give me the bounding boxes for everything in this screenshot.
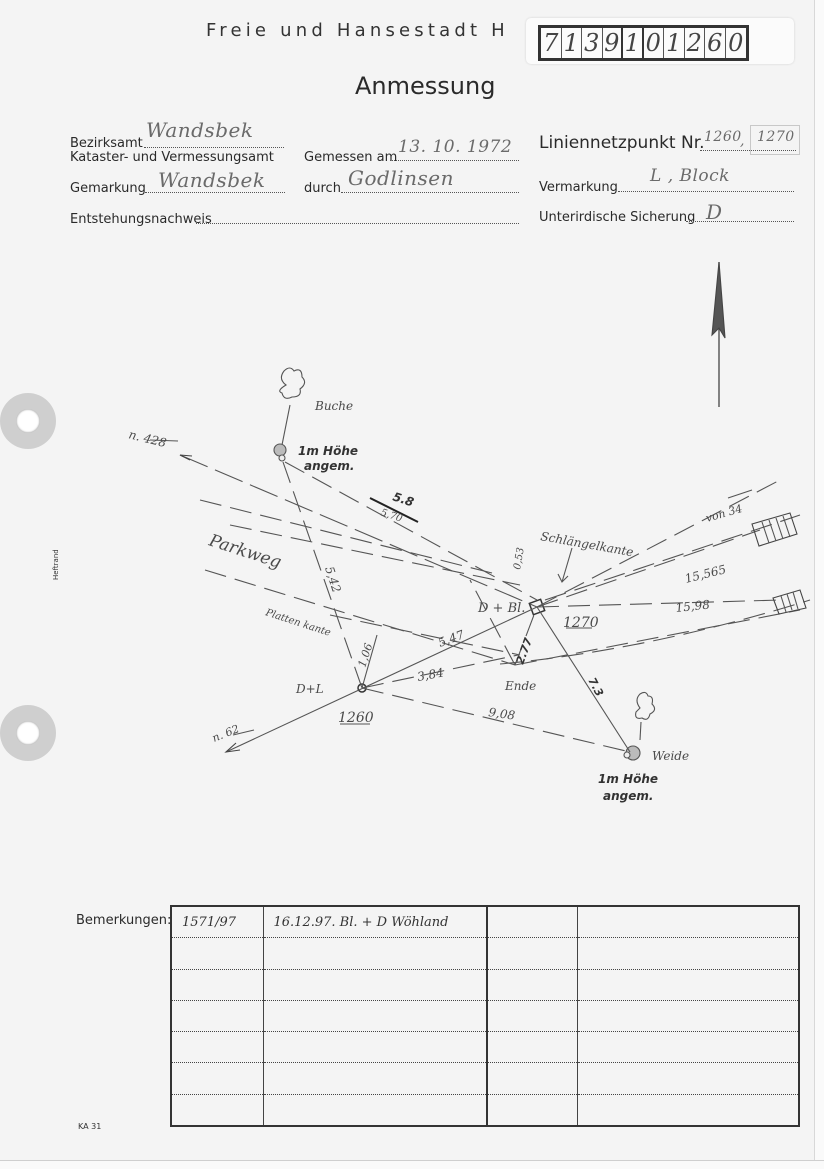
label-point-1270-marker: D + Bl. [477, 601, 525, 616]
doc-digit: 1 [664, 28, 685, 58]
gemarkung-line [145, 192, 285, 193]
remarks-row [171, 938, 799, 969]
staircase-lower-icon [773, 590, 806, 614]
durch-line [341, 192, 519, 193]
remarks-cell [487, 906, 577, 938]
label-dist-5-8: 5.8 [391, 490, 416, 510]
gemessen-am-line [390, 160, 519, 161]
remarks-cell [577, 1032, 799, 1063]
vermarkung-value: L , Block [650, 166, 730, 186]
remarks-cell [577, 906, 799, 938]
label-point-1260-marker: D+L [295, 682, 324, 696]
doc-digit: 0 [726, 28, 747, 58]
remarks-row [171, 1000, 799, 1031]
label-dist-5-70-struck: 5,70 [379, 507, 404, 525]
unterirdische-sicherung-label: Unterirdische Sicherung [539, 210, 695, 225]
survey-sketch: Buche 1m Höhe angem. n. 428 5.8 5,70 Par… [0, 240, 824, 840]
vermarkung-label: Vermarkung [539, 180, 618, 195]
label-ref-n428: n. 428 [127, 427, 168, 450]
doc-digit: 2 [685, 28, 706, 58]
remarks-label: Bemerkungen: [76, 913, 171, 928]
page-title: Anmessung [355, 72, 495, 100]
doc-digit: 0 [644, 28, 665, 58]
durch-label: durch [304, 181, 341, 196]
doc-digit: 9 [603, 28, 624, 58]
remarks-cell [171, 1032, 263, 1063]
remarks-cell: 16.12.97. Bl. + D Wöhland [263, 906, 487, 938]
remarks-cell [263, 1032, 487, 1063]
remarks-cell [577, 1000, 799, 1031]
doc-digit: 7 [541, 28, 562, 58]
remarks-cell [487, 1094, 577, 1126]
entstehungsnachweis-label: Entstehungsnachweis [70, 212, 212, 227]
label-curb: Schlängelkante [539, 529, 634, 559]
vermarkung-line [618, 191, 794, 192]
label-dist-5-42: 5,42 [322, 565, 344, 595]
label-end: Ende [504, 679, 536, 693]
liniennetzpunkt-separator: , [740, 133, 745, 149]
remarks-cell [171, 1063, 263, 1094]
remarks-cell [487, 938, 577, 969]
remarks-cell [263, 1063, 487, 1094]
remarks-cell [171, 969, 263, 1000]
remarks-cell [171, 1000, 263, 1031]
remarks-cell [263, 969, 487, 1000]
remarks-row: 1571/9716.12.97. Bl. + D Wöhland [171, 906, 799, 938]
remarks-table: 1571/9716.12.97. Bl. + D Wöhland [170, 905, 800, 1127]
remarks-row [171, 1094, 799, 1126]
form-code: KA 31 [78, 1122, 101, 1131]
label-point-1270: 1270 [563, 615, 599, 631]
remarks-cell [577, 1063, 799, 1094]
liniennetzpunkt-value-2: 1270 [757, 129, 795, 145]
label-dist-9-08: 9,08 [488, 705, 517, 723]
kataster-label: Kataster- und Vermessungsamt [70, 150, 274, 165]
liniennetzpunkt-label: Liniennetzpunkt Nr. [539, 133, 705, 153]
label-point-1260: 1260 [338, 710, 374, 726]
label-ref-n62: n. 62 [210, 722, 241, 745]
remarks-row [171, 1063, 799, 1094]
remarks-cell [487, 1032, 577, 1063]
label-dist-3-84: 3,84 [416, 666, 445, 684]
document-number-box: 7 1 3 9 1 0 1 2 6 0 [538, 25, 749, 61]
label-dist-1-06: 1,06 [355, 642, 375, 669]
label-tree-buche-note-2: angem. [304, 459, 354, 473]
remarks-row [171, 1032, 799, 1063]
remarks-cell [487, 1000, 577, 1031]
label-tree-weide-note-2: angem. [603, 789, 653, 803]
north-arrow-icon [712, 262, 725, 407]
remarks-cell [577, 969, 799, 1000]
gemarkung-value: Wandsbek [158, 168, 265, 192]
gemessen-am-label: Gemessen am [304, 150, 397, 165]
remarks-cell [487, 1063, 577, 1094]
document-number-sticker: 7 1 3 9 1 0 1 2 6 0 [526, 18, 794, 64]
bezirksamt-label: Bezirksamt [70, 136, 143, 151]
remarks-cell [263, 1000, 487, 1031]
remarks-cell [577, 1094, 799, 1126]
organization-header: Freie und Hansestadt H [206, 20, 509, 41]
remarks-cell [263, 938, 487, 969]
gemarkung-label: Gemarkung [70, 181, 146, 196]
label-slab-edge: Platten kante [263, 607, 332, 639]
label-dist-15-565: 15,565 [683, 562, 727, 586]
label-dist-0-53: 0,53 [512, 547, 527, 571]
unterirdische-sicherung-line [686, 221, 794, 222]
label-tree-buche: Buche [314, 399, 353, 413]
entstehungsnachweis-line [196, 223, 519, 224]
gemessen-am-value: 13. 10. 1972 [398, 137, 512, 157]
remarks-cell [171, 938, 263, 969]
doc-digit: 1 [623, 28, 644, 58]
bezirksamt-line [144, 147, 284, 148]
doc-digit: 3 [582, 28, 603, 58]
doc-digit: 1 [562, 28, 583, 58]
sheet-edge-bottom [0, 1160, 824, 1169]
remarks-cell: 1571/97 [171, 906, 263, 938]
remarks-cell [171, 1094, 263, 1126]
unterirdische-sicherung-value: D [706, 200, 723, 224]
label-tree-weide: Weide [652, 749, 689, 763]
remarks-cell [487, 969, 577, 1000]
doc-digit: 6 [705, 28, 726, 58]
durch-value: Godlinsen [348, 166, 454, 190]
label-tree-buche-note-1: 1m Höhe [298, 444, 358, 458]
remarks-cell [263, 1094, 487, 1126]
bezirksamt-value: Wandsbek [146, 118, 253, 142]
label-dist-7-3: 7.3 [585, 675, 606, 699]
label-tree-weide-note-1: 1m Höhe [598, 772, 658, 786]
label-ref-von34: von 34 [704, 502, 744, 525]
label-dist-15-98: 15,98 [675, 597, 711, 615]
remarks-cell [577, 938, 799, 969]
remarks-row [171, 969, 799, 1000]
liniennetzpunkt-value-1: 1260 [704, 129, 742, 145]
label-street-parkweg: Parkweg [206, 530, 284, 572]
